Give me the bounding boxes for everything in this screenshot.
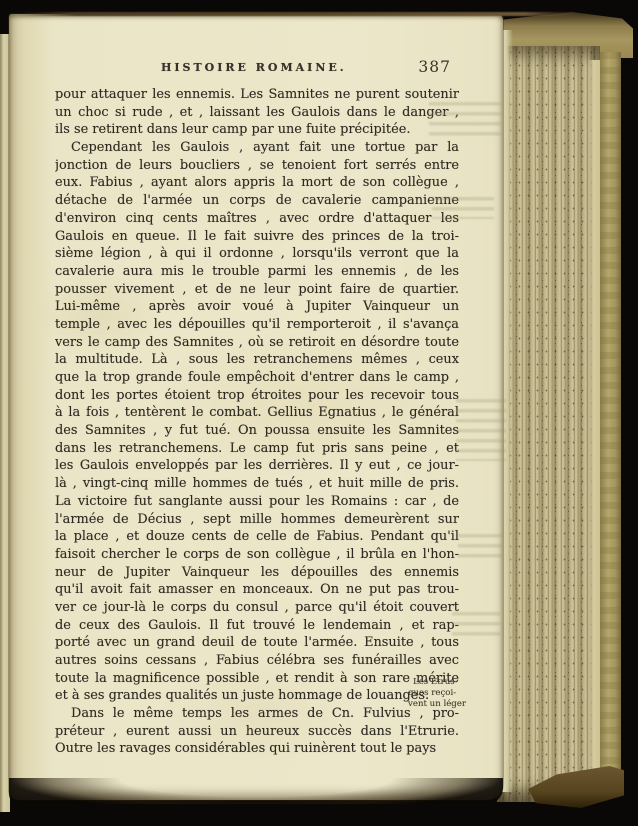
text-block: pour attaquer les ennemis. Les Samnites … xyxy=(55,86,459,758)
text-line: et à ses grandes qualités un juste homma… xyxy=(55,687,459,705)
text-line: cavalerie aura mis le trouble parmi les … xyxy=(55,263,459,281)
text-line: pousser vivement , et de ne leur point f… xyxy=(55,281,459,299)
margin-note-line: ques reçoi- xyxy=(408,688,474,699)
text-line: dont les portes étoient trop étroites po… xyxy=(55,387,459,405)
text-line: ils se retirent dans leur camp par une f… xyxy=(55,121,459,139)
text-line: Gaulois en queue. Il le fait suivre des … xyxy=(55,228,459,246)
text-line: détache de l'armée un corps de cavalerie… xyxy=(55,192,459,210)
paragraph: pour attaquer les ennemis. Les Samnites … xyxy=(55,86,459,139)
page-top-edge-shadow xyxy=(20,12,580,16)
text-line: à la fois , tentèrent le combat. Gellius… xyxy=(55,404,459,422)
text-line: jonction de leurs boucliers , se tenoien… xyxy=(55,157,459,175)
text-line: Lui-même , après avoir voué à Jupiter Va… xyxy=(55,298,459,316)
book-page: HISTOIRE ROMAINE. 387 pour attaquer les … xyxy=(9,14,503,800)
scanned-book-photo: HISTOIRE ROMAINE. 387 pour attaquer les … xyxy=(0,0,638,826)
running-title: HISTOIRE ROMAINE. xyxy=(161,61,347,74)
text-line: un choc si rude , et , laissant les Gaul… xyxy=(55,104,459,122)
text-line: que la trop grande foule empêchoit d'ent… xyxy=(55,369,459,387)
paragraph: Dans le même temps les armes de Cn. Fulv… xyxy=(55,705,459,758)
text-line: les Gaulois enveloppés par les derrières… xyxy=(55,457,459,475)
text-line: préteur , eurent aussi un heureux succès… xyxy=(55,723,459,741)
text-line: la multitude. Là , sous les retranchemen… xyxy=(55,351,459,369)
book-cover-side-edge xyxy=(600,52,621,796)
text-line: l'armée de Décius , sept mille hommes de… xyxy=(55,511,459,529)
text-line: Dans le même temps les armes de Cn. Fulv… xyxy=(55,705,459,723)
text-line: toute la magnificence possible , et rend… xyxy=(55,670,459,688)
page-header: HISTOIRE ROMAINE. 387 xyxy=(55,58,459,78)
show-through-text xyxy=(452,612,500,638)
text-line: Cependant les Gaulois , ayant fait une t… xyxy=(55,139,459,157)
page-content: HISTOIRE ROMAINE. 387 pour attaquer les … xyxy=(9,14,503,800)
text-line: la place , et douze cents de celle de Fa… xyxy=(55,528,459,546)
text-line: des Samnites , y fut tué. On poussa ensu… xyxy=(55,422,459,440)
margin-note-line: Les Etrus- xyxy=(408,677,474,688)
text-line: porté avec un grand deuil de toute l'arm… xyxy=(55,634,459,652)
text-line: pour attaquer les ennemis. Les Samnites … xyxy=(55,86,459,104)
text-line: Outre les ravages considérables qui ruin… xyxy=(55,740,459,758)
text-line: autres soins cessans , Fabius célébra se… xyxy=(55,652,459,670)
margin-note: Les Etrus-ques reçoi-vent un léger xyxy=(408,677,474,710)
text-line: là , vingt-cinq mille hommes de tués , e… xyxy=(55,475,459,493)
text-line: sième légion , à qui il ordonne , lorsqu… xyxy=(55,245,459,263)
text-line: qu'il avoit fait amasser en monceaux. On… xyxy=(55,581,459,599)
margin-note-line: vent un léger xyxy=(408,699,474,710)
show-through-text xyxy=(458,534,502,558)
text-line: ver ce jour-là le corps du consul , parc… xyxy=(55,599,459,617)
text-line: neur de Jupiter Vainqueur les dépouilles… xyxy=(55,564,459,582)
text-line: La victoire fut sanglante aussi pour les… xyxy=(55,493,459,511)
page-number: 387 xyxy=(418,58,451,76)
text-line: dans les retranchemens. Le camp fut pris… xyxy=(55,440,459,458)
fore-edge-light-band xyxy=(588,60,600,796)
paragraph: Cependant les Gaulois , ayant fait une t… xyxy=(55,139,459,705)
show-through-text xyxy=(456,399,506,461)
text-line: de ceux des Gaulois. Il fut trouvé le le… xyxy=(55,617,459,635)
text-line: faisoit chercher le corps de son collègu… xyxy=(55,546,459,564)
text-line: d'environ cinq cents maîtres , avec ordr… xyxy=(55,210,459,228)
text-line: vers le camp des Samnites , où se retiro… xyxy=(55,334,459,352)
text-line: eux. Fabius , ayant alors appris la mort… xyxy=(55,174,459,192)
text-line: temple , avec les dépouilles qu'il rempo… xyxy=(55,316,459,334)
